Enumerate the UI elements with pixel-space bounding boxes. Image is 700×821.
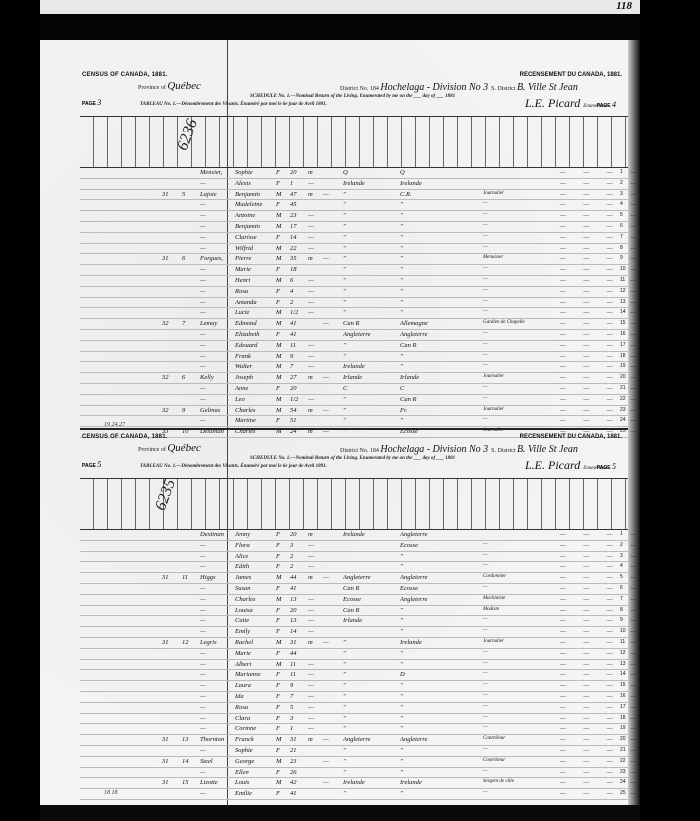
cell-sex: F [276, 531, 280, 538]
cell-birthplace: " [343, 309, 346, 316]
table-row: 3111HiggsJamesM44m—AngleterreAngleterreC… [80, 573, 628, 584]
cell-given: Marie [235, 266, 251, 273]
cell-sex: F [276, 542, 280, 549]
cell-religion: " [400, 563, 403, 570]
cell-sex: F [276, 671, 280, 678]
cell-given: Walter [235, 363, 252, 370]
cell-religion: " [400, 234, 403, 241]
cell-sex: M [276, 574, 281, 581]
cell-age: 44 [290, 574, 297, 581]
cell-occupation: — [483, 353, 487, 358]
cell-religion: " [400, 628, 403, 635]
cell-given: Anne [235, 385, 248, 392]
cell-birthplace: Irelande [343, 363, 365, 370]
cell-age: 23 [290, 758, 297, 765]
cell-birth: — [323, 639, 329, 646]
cell-religion: C [400, 385, 404, 392]
table-row: —LeoM1/2—"Can R—22— — — — — — — — [80, 395, 628, 406]
cell-birthplace: " [343, 682, 346, 689]
tableau-line: TABLEAU No. 1.—Dénombrement des Vivants.… [140, 464, 327, 469]
page-field-right: PAGE 5 [597, 462, 616, 471]
cell-given: Henri [235, 277, 250, 284]
page-number: 5 [97, 460, 101, 469]
cell-sex: F [276, 288, 280, 295]
cell-married: — [308, 223, 314, 230]
cell-surname: — [200, 693, 206, 700]
cell-dwelling: 32 [162, 320, 169, 327]
table-row: —EllenF26""—23— — — — — — — — [80, 768, 628, 779]
cell-occupation: Contrôleur [483, 736, 505, 741]
cell-surname: Higgs [200, 574, 216, 581]
cell-surname: Kelly [200, 374, 214, 381]
cell-married: — [308, 617, 314, 624]
district-value: Hochelaga - Division No 3 [380, 82, 488, 93]
cell-surname: — [200, 585, 206, 592]
cell-given: Rachel [235, 639, 253, 646]
cell-married: m [308, 407, 313, 414]
cell-religion: " [400, 715, 403, 722]
cell-given: Joseph [235, 374, 253, 381]
cell-age: 9 [290, 353, 293, 360]
cell-blank-columns: — — — — — — — — [560, 299, 700, 306]
cell-blank-columns: — — — — — — — — [560, 169, 700, 176]
cell-surname: — [200, 212, 206, 219]
cell-occupation: Machiniste [483, 596, 505, 601]
cell-dwelling: 31 [162, 779, 169, 786]
cell-given: Wilfrid [235, 245, 253, 252]
cell-sex: M [276, 779, 281, 786]
subdistrict-value: B. Ville St Jean [517, 82, 578, 93]
cell-given: Edmond [235, 320, 257, 327]
cell-occupation: — [483, 363, 487, 368]
cell-surname: — [200, 288, 206, 295]
cell-age: 1 [290, 180, 293, 187]
census-rows: DextinanJennyF20mIrelandeAngleterre1— — … [80, 530, 628, 800]
cell-blank-columns: — — — — — — — — [560, 234, 700, 241]
film-border-top [40, 14, 640, 40]
cell-occupation: — [483, 661, 487, 666]
cell-birthplace: " [343, 353, 346, 360]
cell-blank-columns: — — — — — — — — [560, 682, 700, 689]
table-row: —LouisaF20—Can R"Modiste8— — — — — — — — [80, 606, 628, 617]
cell-birthplace: " [343, 417, 346, 424]
cell-sex: F [276, 715, 280, 722]
cell-given: Alice [235, 553, 248, 560]
cell-age: 11 [290, 661, 296, 668]
cell-blank-columns: — — — — — — — — [560, 212, 700, 219]
cell-age: 42 [290, 779, 297, 786]
cell-age: 6 [290, 277, 293, 284]
cell-sex: F [276, 628, 280, 635]
cell-married: — [308, 353, 314, 360]
cell-blank-columns: — — — — — — — — [560, 363, 700, 370]
cell-birthplace: Irelande [343, 531, 365, 538]
cell-married: — [308, 682, 314, 689]
cell-age: 51 [290, 417, 297, 424]
schedule-line: SCHEDULE No. 1.—Nominal Return of the Li… [250, 94, 455, 99]
cell-family: 13 [182, 736, 189, 743]
cell-religion: " [400, 288, 403, 295]
cell-dwelling: 31 [162, 255, 169, 262]
table-row: —ClarisseF14—""—7— — — — — — — — [80, 233, 628, 244]
table-row: —AmandaF2—""—13— — — — — — — — [80, 298, 628, 309]
cell-surname: Lizotte [200, 779, 218, 786]
cell-married: — [308, 661, 314, 668]
cell-blank-columns: — — — — — — — — [560, 288, 700, 295]
cell-occupation: Menuisier [483, 255, 503, 260]
cell-religion: " [400, 661, 403, 668]
cell-sex: F [276, 682, 280, 689]
cell-age: 44 [290, 650, 297, 657]
cell-given: Amanda [235, 299, 257, 306]
cell-sex: F [276, 266, 280, 273]
cell-sex: M [276, 191, 281, 198]
cell-birthplace: Angleterre [343, 331, 371, 338]
cell-religion: " [400, 747, 403, 754]
cell-religion: " [400, 309, 403, 316]
cell-surname: Thornton [200, 736, 224, 743]
cell-surname: — [200, 725, 206, 732]
cell-occupation: — [483, 585, 487, 590]
cell-age: 17 [290, 223, 297, 230]
cell-family: 6 [182, 255, 185, 262]
cell-age: 2 [290, 299, 293, 306]
cell-birthplace: " [343, 715, 346, 722]
cell-birthplace: " [343, 255, 346, 262]
cell-sex: M [276, 342, 281, 349]
cell-sex: M [276, 758, 281, 765]
cell-age: 11 [290, 671, 296, 678]
table-row: 315LajoieBenjaminM47m—"C.R.Journalier3— … [80, 190, 628, 201]
cell-blank-columns: — — — — — — — — [560, 596, 700, 603]
cell-birthplace: Can R [343, 320, 359, 327]
cell-given: Benjamin [235, 191, 260, 198]
cell-blank-columns: — — — — — — — — [560, 374, 700, 381]
cell-religion: " [400, 299, 403, 306]
province-field: Province of Québec [138, 80, 201, 92]
cell-birthplace: Irelande [343, 779, 365, 786]
cell-surname: — [200, 180, 206, 187]
cell-sex: F [276, 704, 280, 711]
cell-age: 41 [290, 790, 297, 797]
table-row: DextinanJennyF20mIrelandeAngleterre1— — … [80, 530, 628, 541]
cell-sex: M [276, 309, 281, 316]
cell-age: 45 [290, 201, 297, 208]
title-french: RECENSEMENT DU CANADA, 1881. [520, 434, 622, 440]
cell-occupation: — [483, 725, 487, 730]
table-row: 326KellyJosephM27m—IrlandeIrlandeJournal… [80, 373, 628, 384]
cell-age: 21 [290, 747, 297, 754]
cell-occupation: Modiste [483, 607, 499, 612]
cell-given: Benjamin [235, 223, 260, 230]
cell-occupation: — [483, 309, 487, 314]
cell-surname: — [200, 201, 206, 208]
table-row: 3113ThorntonFranckM31m—AngleterreAnglete… [80, 735, 628, 746]
table-row: —AntoineM23—""—5— — — — — — — — [80, 211, 628, 222]
cell-age: 3 [290, 715, 293, 722]
cell-dwelling: 31 [162, 736, 169, 743]
cell-age: 20 [290, 169, 297, 176]
cell-given: Frank [235, 353, 251, 360]
cell-surname: — [200, 396, 206, 403]
cell-surname: — [200, 769, 206, 776]
cell-blank-columns: — — — — — — — — [560, 790, 700, 797]
cell-birth: — [323, 736, 329, 743]
tableau-line: TABLEAU No. 1.—Dénombrement des Vivants.… [140, 102, 327, 107]
schedule-line: SCHEDULE No. 1.—Nominal Return of the Li… [250, 456, 455, 461]
cell-sex: M [276, 661, 281, 668]
cell-religion: Irelande [400, 639, 422, 646]
cell-religion: " [400, 607, 403, 614]
cell-surname: — [200, 223, 206, 230]
page-number: 3 [97, 98, 101, 107]
cell-birthplace: Irelande [343, 180, 365, 187]
cell-sex: F [276, 201, 280, 208]
cell-married: — [308, 553, 314, 560]
cell-occupation: — [483, 331, 487, 336]
cell-given: Flora [235, 542, 250, 549]
cell-blank-columns: — — — — — — — — [560, 277, 700, 284]
table-row: —LucieM1/2—""—14— — — — — — — — [80, 308, 628, 319]
page-field-right: PAGE 4 [597, 100, 616, 109]
cell-surname: — [200, 682, 206, 689]
cell-surname: Legris [200, 639, 217, 646]
cell-dwelling: 31 [162, 639, 169, 646]
cell-sex: M [276, 255, 281, 262]
cell-religion: Ecosse [400, 585, 418, 592]
cell-blank-columns: — — — — — — — — [560, 191, 700, 198]
cell-sex: M [276, 396, 281, 403]
cell-sex: M [276, 363, 281, 370]
cell-religion: " [400, 212, 403, 219]
cell-religion: Angleterre [400, 596, 428, 603]
cell-religion: Irelande [400, 779, 422, 786]
sheet-header: CENSUS OF CANADA, 1881. RECENSEMENT DU C… [80, 68, 628, 120]
cell-occupation: Journalier [483, 639, 504, 644]
cell-blank-columns: — — — — — — — — [560, 779, 700, 786]
cell-birthplace: " [343, 725, 346, 732]
cell-birth: — [323, 758, 329, 765]
cell-sex: F [276, 650, 280, 657]
cell-birthplace: Irlande [343, 617, 362, 624]
cell-blank-columns: — — — — — — — — [560, 542, 700, 549]
cell-sex: F [276, 585, 280, 592]
cell-age: 47 [290, 191, 297, 198]
cell-married: m [308, 169, 313, 176]
cell-surname: — [200, 650, 206, 657]
cell-given: Elizabeth [235, 331, 260, 338]
cell-family: 12 [182, 639, 189, 646]
cell-religion: " [400, 417, 403, 424]
cell-blank-columns: — — — — — — — — [560, 245, 700, 252]
district-field: District No. 184 Hochelaga - Division No… [340, 444, 578, 455]
cell-birthplace: " [343, 639, 346, 646]
province-value: Québec [167, 442, 201, 454]
cell-birth: — [323, 320, 329, 327]
cell-birth: — [323, 255, 329, 262]
cell-married: m [308, 531, 313, 538]
cell-married: — [308, 628, 314, 635]
cell-age: 54 [290, 407, 297, 414]
table-row: —FrankM9—""—18— — — — — — — — [80, 352, 628, 363]
cell-surname: — [200, 747, 206, 754]
cell-occupation: Gardien de Chapelle [483, 320, 525, 325]
cell-age: 13 [290, 596, 297, 603]
cell-age: 1 [290, 725, 293, 732]
cell-occupation: — [483, 542, 487, 547]
cell-religion: " [400, 617, 403, 624]
table-row: —MadeleineF45""—4— — — — — — — — [80, 200, 628, 211]
cell-age: 18 [290, 266, 297, 273]
table-row: —LauraF9—""—15— — — — — — — — [80, 681, 628, 692]
cell-sex: M [276, 639, 281, 646]
cell-birth: — [323, 191, 329, 198]
cell-religion: " [400, 553, 403, 560]
table-row: —EmilieF41""—25— — — — — — — — [80, 789, 628, 800]
cell-blank-columns: — — — — — — — — [560, 671, 700, 678]
cell-blank-columns: — — — — — — — — [560, 617, 700, 624]
cell-dwelling: 32 [162, 374, 169, 381]
cell-blank-columns: — — — — — — — — [560, 553, 700, 560]
cell-religion: Irlande [400, 374, 419, 381]
cell-given: James [235, 574, 251, 581]
table-row: 329GelinasCharlesM54m—"Fr.Journalier23— … [80, 406, 628, 417]
table-row: —CharlesM13—EcosseAngleterreMachiniste7—… [80, 595, 628, 606]
cell-sex: M [276, 736, 281, 743]
cell-surname: — [200, 563, 206, 570]
table-row: 3112LegrisRachelM31m—"IrelandeJournalier… [80, 638, 628, 649]
cell-birthplace: " [343, 650, 346, 657]
cell-sex: F [276, 180, 280, 187]
cell-given: Emilie [235, 790, 252, 797]
cell-given: Marie [235, 650, 251, 657]
cell-given: Charles [235, 596, 256, 603]
cell-blank-columns: — — — — — — — — [560, 747, 700, 754]
cell-blank-columns: — — — — — — — — [560, 407, 700, 414]
cell-occupation: — [483, 704, 487, 709]
cell-religion: Q [400, 169, 405, 176]
cell-birthplace: Angleterre [343, 574, 371, 581]
cell-age: 31 [290, 639, 297, 646]
cell-surname: — [200, 266, 206, 273]
table-row: —RosaF4—""—12— — — — — — — — [80, 287, 628, 298]
cell-blank-columns: — — — — — — — — [560, 396, 700, 403]
cell-religion: Fr. [400, 407, 407, 414]
cell-religion: " [400, 758, 403, 765]
cell-age: 27 [290, 374, 297, 381]
cell-surname: — [200, 671, 206, 678]
enumerator-signature: L.E. Picard Enumerator [525, 96, 607, 111]
cell-age: 2 [290, 553, 293, 560]
cell-married: m [308, 374, 313, 381]
cell-given: Albert [235, 661, 251, 668]
cell-birthplace: " [343, 693, 346, 700]
cell-surname: — [200, 790, 206, 797]
cell-birthplace: " [343, 277, 346, 284]
cell-birth: — [323, 407, 329, 414]
cell-birth: — [323, 779, 329, 786]
cell-married: — [308, 277, 314, 284]
cell-birthplace: " [343, 223, 346, 230]
cell-married: — [308, 180, 314, 187]
cell-surname: Dextinan [200, 531, 224, 538]
cell-married: — [308, 725, 314, 732]
cell-surname: — [200, 363, 206, 370]
cell-occupation: — [483, 299, 487, 304]
cell-blank-columns: — — — — — — — — [560, 585, 700, 592]
table-row: —IdaF7—""—16— — — — — — — — [80, 692, 628, 703]
cell-age: 35 [290, 255, 297, 262]
cell-surname: — [200, 617, 206, 624]
cell-religion: Ecosse [400, 542, 418, 549]
table-row: —MarieF44""—12— — — — — — — — [80, 649, 628, 660]
cell-married: m [308, 639, 313, 646]
cell-sex: F [276, 417, 280, 424]
cell-blank-columns: — — — — — — — — [560, 704, 700, 711]
cell-birthplace: " [343, 758, 346, 765]
cell-married: m [308, 191, 313, 198]
cell-blank-columns: — — — — — — — — [560, 320, 700, 327]
table-row: —AlbertM11—""—13— — — — — — — — [80, 660, 628, 671]
cell-surname: Steel [200, 758, 213, 765]
cell-surname: — [200, 245, 206, 252]
cell-sex: M [276, 212, 281, 219]
cell-religion: Angleterre [400, 736, 428, 743]
cell-given: Edouard [235, 342, 258, 349]
table-row: —EdithF2—"—4— — — — — — — — [80, 562, 628, 573]
cell-religion: Allemagne [400, 320, 428, 327]
cell-sex: F [276, 769, 280, 776]
cell-family: 15 [182, 779, 189, 786]
cell-given: Lucie [235, 309, 249, 316]
cell-surname: — [200, 704, 206, 711]
title-english: CENSUS OF CANADA, 1881. [82, 434, 168, 440]
cell-given: Sophie [235, 169, 253, 176]
cell-birthplace: " [343, 769, 346, 776]
cell-blank-columns: — — — — — — — — [560, 201, 700, 208]
cell-surname: — [200, 277, 206, 284]
cell-age: 5 [290, 704, 293, 711]
cell-age: 31 [290, 736, 297, 743]
cell-religion: C.R. [400, 191, 412, 198]
cell-birthplace: " [343, 212, 346, 219]
cell-occupation: — [483, 563, 487, 568]
cell-age: 13 [290, 617, 297, 624]
cell-blank-columns: — — — — — — — — [560, 223, 700, 230]
cell-blank-columns: — — — — — — — — [560, 353, 700, 360]
title-french: RECENSEMENT DU CANADA, 1881. [520, 72, 622, 78]
cell-surname: — [200, 385, 206, 392]
cell-religion: Angleterre [400, 331, 428, 338]
cell-given: Alexis [235, 180, 251, 187]
cell-occupation: Journalier [483, 374, 504, 379]
cell-given: Sophie [235, 747, 253, 754]
cell-given: Louisa [235, 607, 253, 614]
cell-married: — [308, 607, 314, 614]
cell-occupation: — [483, 769, 487, 774]
table-row: Mensier,SophieF20mQQ1— — — — — — — — [80, 168, 628, 179]
cell-given: Edith [235, 563, 249, 570]
cell-religion: " [400, 353, 403, 360]
census-rows: Mensier,SophieF20mQQ1— — — — — — — ——Ale… [80, 168, 628, 438]
cell-age: 20 [290, 607, 297, 614]
cell-given: Emily [235, 628, 250, 635]
cell-blank-columns: — — — — — — — — [560, 693, 700, 700]
cell-given: Clarisse [235, 234, 257, 241]
cell-sex: M [276, 277, 281, 284]
cell-married: — [308, 299, 314, 306]
cell-birthplace: Angleterre [343, 736, 371, 743]
